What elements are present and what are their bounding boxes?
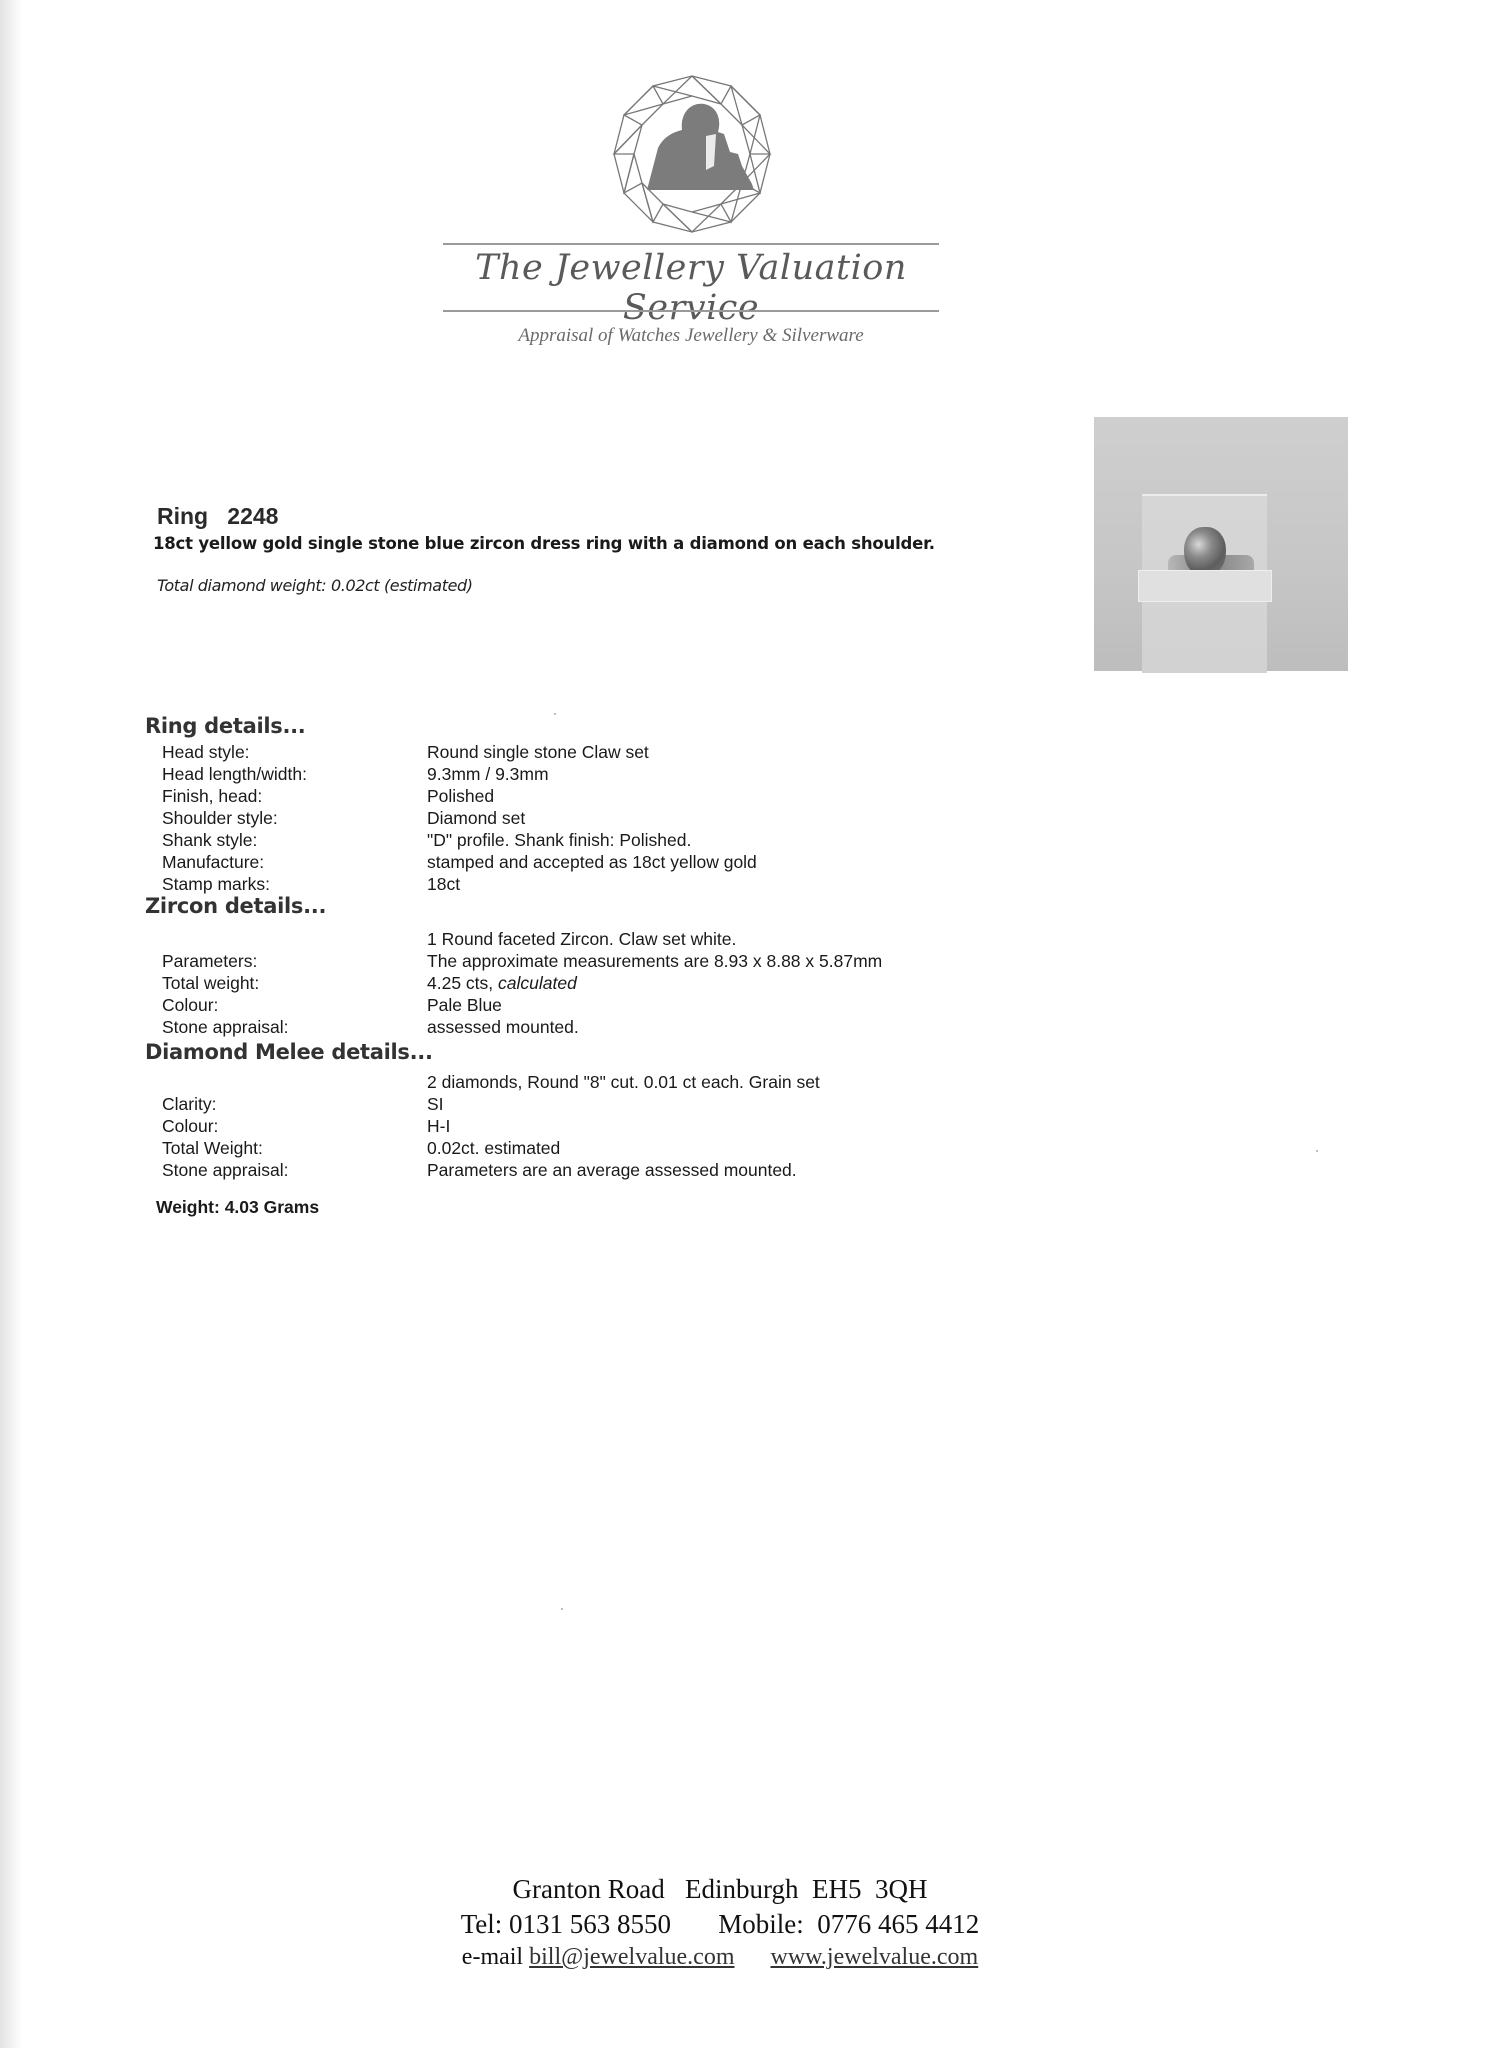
- detail-value: "D" profile. Shank finish: Polished.: [427, 830, 691, 851]
- detail-value: Polished: [427, 786, 494, 807]
- detail-label: Colour:: [162, 995, 218, 1016]
- detail-label: Head style:: [162, 742, 250, 763]
- item-title: Ring 2248: [157, 503, 278, 530]
- ring-photo: [1094, 417, 1348, 671]
- total-weight-value: 4.25 cts,: [427, 973, 493, 993]
- item-type: Ring: [157, 503, 208, 529]
- company-name: The Jewellery Valuation Service: [443, 248, 939, 328]
- detail-label: Finish, head:: [162, 786, 262, 807]
- company-tagline: Appraisal of Watches Jewellery & Silverw…: [443, 325, 939, 347]
- faceted-gem-logo-icon: [612, 74, 772, 234]
- detail-value: H-I: [427, 1116, 450, 1137]
- detail-value: 2 diamonds, Round "8" cut. 0.01 ct each.…: [427, 1072, 820, 1093]
- detail-label: Shoulder style:: [162, 808, 278, 829]
- detail-label: Manufacture:: [162, 852, 264, 873]
- detail-label: Stamp marks:: [162, 874, 270, 895]
- diamond-melee-details-heading: Diamond Melee details...: [145, 1040, 433, 1064]
- detail-value: The approximate measurements are 8.93 x …: [427, 951, 882, 972]
- detail-label: Colour:: [162, 1116, 218, 1137]
- scan-speck: [561, 1608, 563, 1610]
- footer-phones: Tel: 0131 563 8550 Mobile: 0776 465 4412: [440, 1909, 1000, 1940]
- footer-mobile: Mobile: 0776 465 4412: [718, 1909, 979, 1939]
- detail-value: Pale Blue: [427, 995, 502, 1016]
- footer-email-label: e-mail: [462, 1944, 523, 1970]
- item-description: 18ct yellow gold single stone blue zirco…: [153, 534, 935, 553]
- scan-edge-shadow: [0, 0, 22, 2048]
- total-item-weight: Weight: 4.03 Grams: [156, 1197, 319, 1218]
- header-rule-top: [443, 243, 939, 245]
- scan-speck: [1316, 1150, 1318, 1152]
- footer-links: e-mail bill@jewelvalue.com www.jewelvalu…: [440, 1944, 1000, 1971]
- detail-value: 4.25 cts, calculated: [427, 973, 577, 994]
- total-diamond-weight-note: Total diamond weight: 0.02ct (estimated): [157, 576, 473, 595]
- header-rule-bottom: [443, 310, 939, 312]
- email-link[interactable]: bill@jewelvalue.com: [529, 1944, 734, 1970]
- ring-stand: [1138, 570, 1272, 602]
- footer-address: Granton Road Edinburgh EH5 3QH: [440, 1874, 1000, 1905]
- detail-value: Parameters are an average assessed mount…: [427, 1160, 797, 1181]
- scan-speck: [554, 713, 556, 715]
- detail-label: Shank style:: [162, 830, 257, 851]
- detail-label: Stone appraisal:: [162, 1017, 288, 1038]
- detail-label: Total Weight:: [162, 1138, 263, 1159]
- detail-value: Round single stone Claw set: [427, 742, 649, 763]
- detail-value: assessed mounted.: [427, 1017, 579, 1038]
- detail-value: 9.3mm / 9.3mm: [427, 764, 549, 785]
- detail-label: Total weight:: [162, 973, 259, 994]
- ring-details-heading: Ring details...: [145, 714, 305, 738]
- detail-label: Stone appraisal:: [162, 1160, 288, 1181]
- detail-value: Diamond set: [427, 808, 525, 829]
- website-link[interactable]: www.jewelvalue.com: [770, 1944, 978, 1970]
- total-weight-qualifier: calculated: [498, 973, 577, 993]
- item-number: 2248: [227, 503, 278, 529]
- footer-tel: Tel: 0131 563 8550: [461, 1909, 671, 1939]
- detail-value: 0.02ct. estimated: [427, 1138, 560, 1159]
- detail-label: Clarity:: [162, 1094, 216, 1115]
- detail-value: 1 Round faceted Zircon. Claw set white.: [427, 929, 736, 950]
- detail-label: Parameters:: [162, 951, 257, 972]
- detail-value: stamped and accepted as 18ct yellow gold: [427, 852, 757, 873]
- detail-label: Head length/width:: [162, 764, 307, 785]
- zircon-details-heading: Zircon details...: [145, 894, 326, 918]
- detail-value: 18ct: [427, 874, 460, 895]
- detail-value: SI: [427, 1094, 444, 1115]
